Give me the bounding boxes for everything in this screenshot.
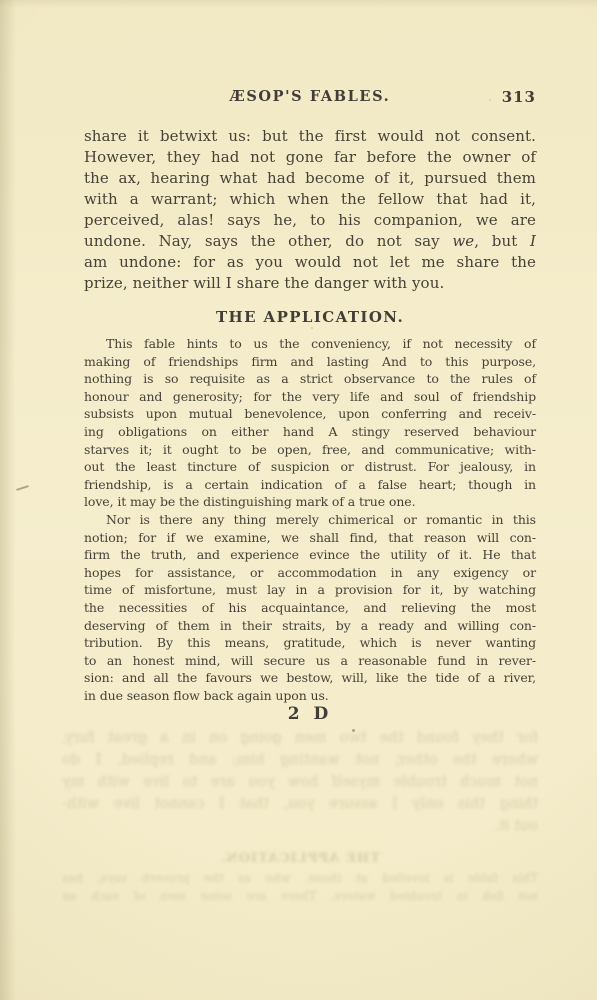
application-line: honour and generosity; for the very life… [84,388,536,406]
application-line: friendship, is a certain indication of a… [84,476,536,494]
paper-speck [352,729,355,732]
application-line: firm the truth, and experience evince th… [84,546,536,564]
stray-pen-mark [16,485,29,491]
showthrough-line: where the other, not wanting him; and re… [62,749,538,771]
application-heading: THE APPLICATION. [84,308,536,326]
application-line: sion: and all the favours we bestow, wil… [84,669,536,687]
fable-line-with-italics: undone. Nay, says the other, do not say … [84,231,536,252]
italic-word-i: I [530,232,536,250]
application-line: deserving of them in their straits, by a… [84,617,536,635]
fable-line-text: , but [474,232,530,250]
fable-line: prize, neither will I share the danger w… [84,273,536,294]
application-line: tribution. By this means, gratitude, whi… [84,634,536,652]
paper-speck [489,99,491,101]
signature-mark: 2 D [84,704,536,724]
application-line: making of friendships firm and lasting A… [84,353,536,371]
application-line: nothing is so requisite as a strict obse… [84,370,536,388]
showthrough-line: out it. [62,815,538,837]
italic-word-we: we [452,232,474,250]
running-head: ÆSOP'S FABLES. 313 [84,88,536,108]
showthrough-line: thing this only I assure you, that I can… [62,793,538,815]
fable-line: with a warrant; which when the fellow th… [84,189,536,210]
application-line: starves it; it ought to be open, free, a… [84,441,536,459]
fable-line: perceived, alas! says he, to his compani… [84,210,536,231]
application-line: notion; for if we examine, we shall find… [84,529,536,547]
page-top-edge-shading [0,0,597,8]
application-paragraph-2: Nor is there any thing merely chimerical… [84,511,536,705]
fable-line: share it betwixt us: but the first would… [84,126,536,147]
showthrough-text: for they found the two men going on in a… [62,727,538,905]
application-line: out the least tincture of suspicion or d… [84,458,536,476]
showthrough-line: not fish in troubled waters. There are s… [62,887,538,905]
showthrough-line: not much trouble myself how you are to l… [62,771,538,793]
application-line: Nor is there any thing merely chimerical… [84,511,536,529]
application-line: ing obligations on either hand A stingy … [84,423,536,441]
showthrough-line: for they found the two men going on in a… [62,727,538,749]
application-line: the necessities of his acquaintance, and… [84,599,536,617]
showthrough-line: This fable is levelled at those, who as … [62,869,538,887]
fable-line: the ax, hearing what had become of it, p… [84,168,536,189]
fable-line-text: undone. Nay, says the other, do not say [84,232,452,250]
application-line: love, it may be the distinguishing mark … [84,493,536,511]
paper-speck [311,327,313,329]
application-line: This fable hints to us the conveniency, … [84,335,536,353]
showthrough-heading: THE APPLICATION. [62,849,538,869]
page-number: 313 [502,88,536,106]
page-left-edge-shading [0,0,16,1000]
fable-continuation-paragraph: share it betwixt us: but the first would… [84,126,536,294]
fable-line: However, they had not gone far before th… [84,147,536,168]
fable-line: am undone: for as you would not let me s… [84,252,536,273]
application-line: in due season flow back again upon us. [84,687,536,705]
book-title: ÆSOP'S FABLES. [84,88,536,105]
application-line: to an honest mind, will secure us a reas… [84,652,536,670]
book-page: ÆSOP'S FABLES. 313 share it betwixt us: … [0,0,597,1000]
application-line: hopes for assistance, or accommodation i… [84,564,536,582]
application-paragraph-1: This fable hints to us the conveniency, … [84,335,536,511]
application-line: time of misfortune, must lay in a provis… [84,581,536,599]
application-line: subsists upon mutual benevolence, upon c… [84,405,536,423]
